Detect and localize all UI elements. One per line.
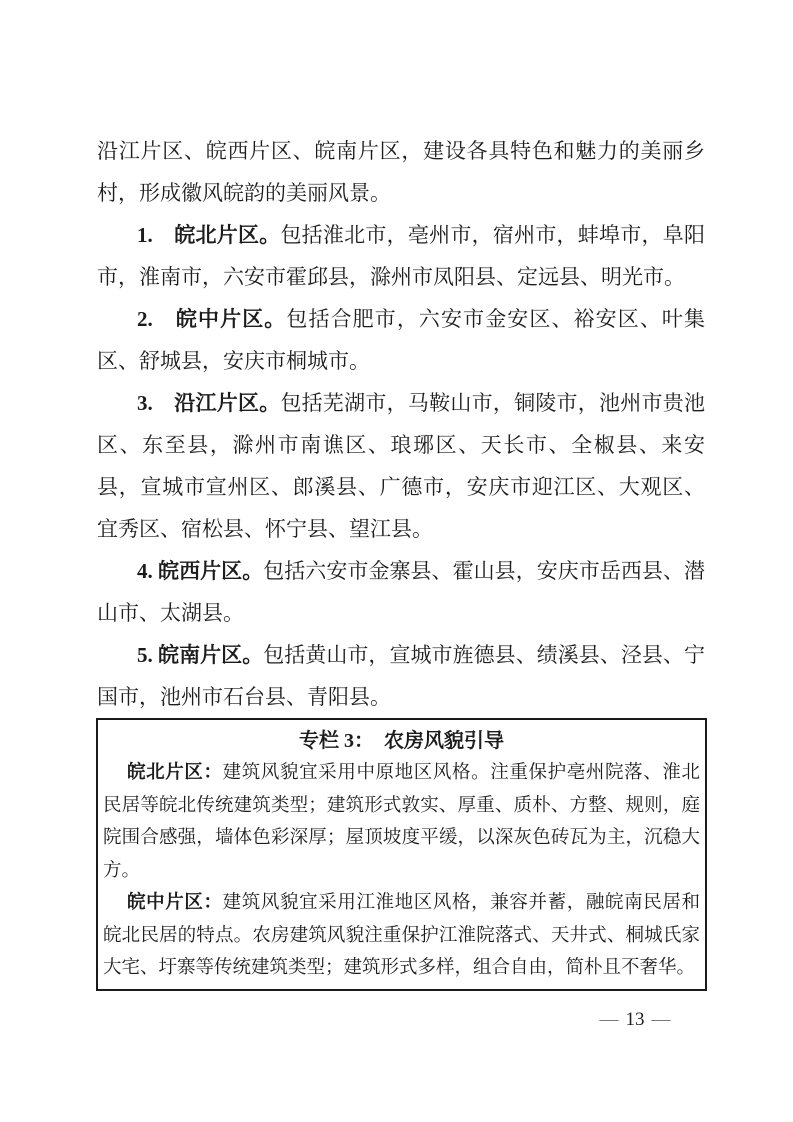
paragraph-region-2: 2. 皖中片区。包括合肥市，六安市金安区、裕安区、叶集区、舒城县，安庆市桐城市。 (97, 298, 705, 382)
column-box-title: 专栏 3： 农房风貌引导 (103, 725, 700, 757)
region-heading: 4. 皖西片区。 (137, 559, 263, 583)
page-number: 13 (626, 1009, 645, 1030)
panel-paragraph-north: 皖北片区：建筑风貌宜采用中原地区风格。注重保护亳州院落、淮北民居等皖北传统建筑类… (103, 757, 700, 887)
region-heading: 3. 沿江片区。 (137, 391, 280, 415)
footer-left-dash: — (600, 1009, 619, 1030)
body-text: 沿江片区、皖西片区、皖南片区，建设各具特色和魅力的美丽乡村，形成徽风皖韵的美丽风… (97, 130, 705, 718)
document-page: 沿江片区、皖西片区、皖南片区，建设各具特色和魅力的美丽乡村，形成徽风皖韵的美丽风… (0, 0, 793, 1122)
paragraph-intro: 沿江片区、皖西片区、皖南片区，建设各具特色和魅力的美丽乡村，形成徽风皖韵的美丽风… (97, 130, 705, 214)
panel-region-heading: 皖北片区： (127, 763, 223, 783)
region-heading: 1. 皖北片区。 (137, 223, 280, 247)
panel-paragraph-central: 皖中片区：建筑风貌宜采用江淮地区风格，兼容并蓄，融皖南民居和皖北民居的特点。农房… (103, 887, 700, 985)
page-footer: —13— (560, 1008, 710, 1032)
paragraph-region-1: 1. 皖北片区。包括淮北市，亳州市，宿州市，蚌埠市，阜阳市，淮南市，六安市霍邱县… (97, 214, 705, 298)
footer-right-dash: — (652, 1009, 671, 1030)
region-heading: 2. 皖中片区。 (137, 307, 286, 331)
paragraph-region-3: 3. 沿江片区。包括芜湖市，马鞍山市，铜陵市，池州市贵池区、东至县，滁州市南谯区… (97, 382, 705, 550)
paragraph-region-4: 4. 皖西片区。包括六安市金寨县、霍山县，安庆市岳西县、潜山市、太湖县。 (97, 550, 705, 634)
panel-region-heading: 皖中片区： (127, 893, 223, 913)
paragraph-text: 沿江片区、皖西片区、皖南片区，建设各具特色和魅力的美丽乡村，形成徽风皖韵的美丽风… (97, 139, 705, 205)
paragraph-region-5: 5. 皖南片区。包括黄山市，宣城市旌德县、绩溪县、泾县、宁国市，池州市石台县、青… (97, 634, 705, 718)
region-heading: 5. 皖南片区。 (137, 643, 263, 667)
column-box: 专栏 3： 农房风貌引导 皖北片区：建筑风貌宜采用中原地区风格。注重保护亳州院落… (96, 718, 707, 991)
